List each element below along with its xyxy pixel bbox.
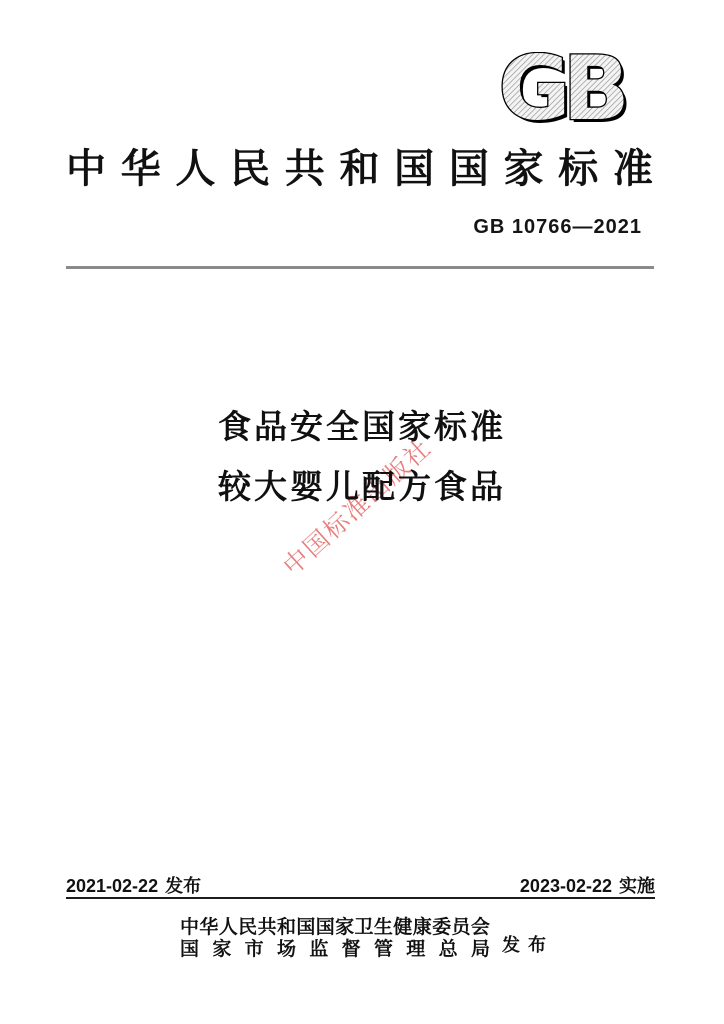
issuer-line1: 中华人民共和国国家卫生健康委员会 [180,917,490,939]
implement-date-group: 2023-02-22 实施 [520,872,655,898]
issuer-block: 中华人民共和国国家卫生健康委员会 国家市场监督管理总局 [180,917,490,961]
issue-date-label: 发布 [165,872,201,898]
issuer-line2: 国家市场监督管理总局 [180,939,490,961]
standard-cover-page: GB GB 中华人民共和国国家标准 GB 10766—2021 食品安全国家标准… [0,0,724,1024]
implement-date-label: 实施 [619,872,655,898]
document-title-line2: 较大婴儿配方食品 [0,461,724,508]
header-divider [66,266,654,269]
implement-date: 2023-02-22 [520,876,612,897]
document-title-line1: 食品安全国家标准 [0,401,724,448]
national-standard-title: 中华人民共和国国家标准 [66,147,653,191]
dates-row: 2021-02-22 发布 2023-02-22 实施 [66,872,655,898]
standard-number: GB 10766—2021 [473,216,642,239]
issue-date-group: 2021-02-22 发布 [66,872,201,898]
footer-divider [66,897,655,899]
publish-label: 发布 [502,931,554,957]
gb-logo-icon: GB GB [478,52,642,130]
gb-logo-text: GB [498,52,623,130]
issue-date: 2021-02-22 [66,876,158,897]
